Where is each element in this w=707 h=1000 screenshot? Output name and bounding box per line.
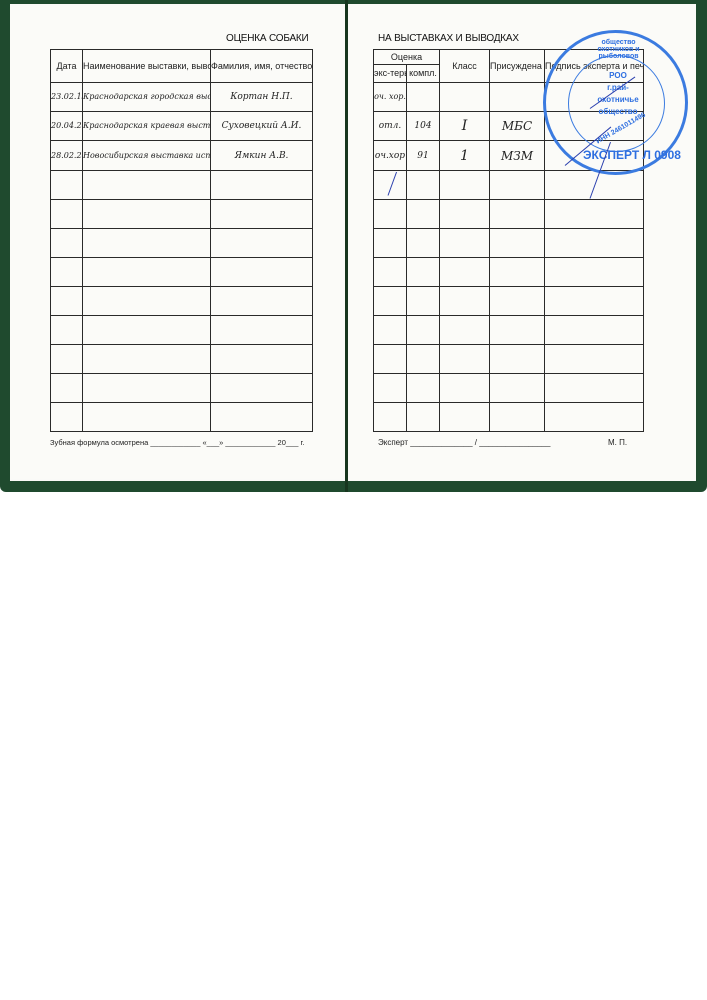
cell-expert[interactable] [211, 345, 313, 374]
table-row [374, 200, 644, 229]
cell-exterior[interactable] [374, 316, 407, 345]
cell-medal[interactable] [490, 345, 545, 374]
cell-date[interactable] [51, 316, 83, 345]
cell-signature[interactable] [545, 345, 644, 374]
cell-medal[interactable] [490, 374, 545, 403]
cell-date[interactable]: 28.02.2015 [51, 141, 83, 171]
cell-medal[interactable]: МЗМ [490, 141, 545, 171]
table-row [51, 258, 313, 287]
cell-signature[interactable] [545, 374, 644, 403]
cell-complex[interactable] [407, 374, 440, 403]
cell-signature[interactable] [545, 229, 644, 258]
header-row: Дата Наименование выставки, выводки Фами… [51, 50, 313, 83]
column-header-medal: Присуждена медаль [490, 50, 545, 83]
book-spine [345, 0, 348, 492]
table-row [51, 287, 313, 316]
cell-complex[interactable] [407, 229, 440, 258]
table-row [374, 287, 644, 316]
cell-expert[interactable]: Кортан Н.П. [211, 83, 313, 112]
cell-class[interactable] [440, 403, 490, 432]
cell-date[interactable] [51, 345, 83, 374]
cell-date[interactable] [51, 287, 83, 316]
cell-exterior[interactable] [374, 287, 407, 316]
cell-class[interactable] [440, 200, 490, 229]
cell-complex[interactable] [407, 287, 440, 316]
cell-event[interactable] [83, 287, 211, 316]
table-row [51, 374, 313, 403]
cell-class[interactable] [440, 374, 490, 403]
cell-medal[interactable] [490, 403, 545, 432]
cell-date[interactable] [51, 374, 83, 403]
cell-event[interactable]: Краснодарская городская выставка [83, 83, 211, 112]
cell-medal[interactable] [490, 83, 545, 112]
table-row [374, 258, 644, 287]
cell-exterior[interactable]: отл. [374, 112, 407, 141]
table-row [374, 316, 644, 345]
left-page-title: ОЦЕНКА СОБАКИ [226, 33, 309, 44]
cell-medal[interactable] [490, 316, 545, 345]
cell-event[interactable] [83, 403, 211, 432]
column-header-exterior: экс-терьер [374, 65, 407, 83]
cell-event[interactable] [83, 200, 211, 229]
cell-expert[interactable] [211, 316, 313, 345]
cell-event[interactable] [83, 374, 211, 403]
cell-date[interactable] [51, 229, 83, 258]
table-row: 23.02.13 Краснодарская городская выставк… [51, 83, 313, 112]
cell-complex[interactable] [407, 83, 440, 112]
cell-signature[interactable] [545, 258, 644, 287]
cell-exterior[interactable] [374, 374, 407, 403]
expert-stamp-mark: ЭКСПЕРТ Л 0908 [583, 148, 681, 162]
cell-exterior[interactable]: оч. хор. [374, 83, 407, 112]
cell-class[interactable] [440, 287, 490, 316]
cell-event[interactable] [83, 316, 211, 345]
cell-expert[interactable] [211, 200, 313, 229]
column-header-event: Наименование выставки, выводки [83, 50, 211, 83]
column-header-class: Класс [440, 50, 490, 83]
cell-expert[interactable] [211, 403, 313, 432]
table-row [51, 345, 313, 374]
cell-event[interactable] [83, 171, 211, 200]
table-row [51, 316, 313, 345]
column-header-complex: компл. [407, 65, 440, 83]
cell-medal[interactable]: МБС [490, 112, 545, 141]
cell-expert[interactable] [211, 287, 313, 316]
cell-class[interactable] [440, 171, 490, 200]
cell-signature[interactable] [545, 403, 644, 432]
cell-complex[interactable] [407, 316, 440, 345]
table-row [374, 403, 644, 432]
cell-signature[interactable] [545, 316, 644, 345]
cell-complex[interactable]: 91 [407, 141, 440, 171]
cell-class[interactable]: I [440, 112, 490, 141]
cell-expert[interactable]: Суховецкий А.И. [211, 112, 313, 141]
cell-date[interactable]: 20.04.2014 [51, 112, 83, 141]
show-results-table-left: Дата Наименование выставки, выводки Фами… [50, 49, 313, 432]
column-header-date: Дата [51, 50, 83, 83]
cell-class[interactable] [440, 345, 490, 374]
cell-medal[interactable] [490, 171, 545, 200]
cell-expert[interactable]: Ямкин А.В. [211, 141, 313, 171]
cell-exterior[interactable] [374, 200, 407, 229]
seal-ring-text: общество охотников и рыболовов [591, 39, 646, 60]
cell-expert[interactable] [211, 229, 313, 258]
cell-event[interactable] [83, 258, 211, 287]
cell-complex[interactable] [407, 171, 440, 200]
table-row [374, 374, 644, 403]
cell-complex[interactable]: 104 [407, 112, 440, 141]
cell-class[interactable] [440, 229, 490, 258]
table-row [374, 345, 644, 374]
table-row [374, 229, 644, 258]
cell-complex[interactable] [407, 345, 440, 374]
cell-medal[interactable] [490, 229, 545, 258]
cell-complex[interactable] [407, 258, 440, 287]
seal-center-line: РОО [593, 71, 643, 80]
cell-exterior[interactable] [374, 229, 407, 258]
cell-date[interactable] [51, 200, 83, 229]
cell-event[interactable] [83, 229, 211, 258]
cell-medal[interactable] [490, 287, 545, 316]
table-row [374, 171, 644, 200]
cell-exterior[interactable] [374, 345, 407, 374]
cell-event[interactable]: Новосибирская выставка исп. ВОО помор. л… [83, 141, 211, 171]
cell-complex[interactable] [407, 200, 440, 229]
cell-class[interactable] [440, 83, 490, 112]
column-header-grade: Оценка [374, 50, 440, 65]
cell-class[interactable] [440, 258, 490, 287]
cell-medal[interactable] [490, 200, 545, 229]
cell-event[interactable]: Краснодарская краевая выставка [83, 112, 211, 141]
seal-place-label: М. П. [608, 438, 627, 447]
cell-class[interactable] [440, 316, 490, 345]
cell-expert[interactable] [211, 258, 313, 287]
cell-date[interactable] [51, 403, 83, 432]
dental-formula-line: Зубная формула осмотрена ____________ «_… [50, 438, 304, 447]
table-row: 20.04.2014 Краснодарская краевая выставк… [51, 112, 313, 141]
expert-signature-line: Эксперт ______________ / _______________… [378, 438, 550, 447]
cell-event[interactable] [83, 345, 211, 374]
table-row [51, 229, 313, 258]
cell-date[interactable] [51, 171, 83, 200]
cell-expert[interactable] [211, 374, 313, 403]
cell-complex[interactable] [407, 403, 440, 432]
cell-signature[interactable] [545, 287, 644, 316]
cell-signature[interactable] [545, 200, 644, 229]
table-row [51, 171, 313, 200]
right-page-title: НА ВЫСТАВКАХ И ВЫВОДКАХ [378, 33, 519, 44]
table-row: 28.02.2015 Новосибирская выставка исп. В… [51, 141, 313, 171]
cell-expert[interactable] [211, 171, 313, 200]
table-row [51, 403, 313, 432]
cell-exterior[interactable]: оч.хор [374, 141, 407, 171]
cell-exterior[interactable] [374, 258, 407, 287]
cell-date[interactable]: 23.02.13 [51, 83, 83, 112]
cell-exterior[interactable] [374, 403, 407, 432]
cell-class[interactable]: 1 [440, 141, 490, 171]
cell-medal[interactable] [490, 258, 545, 287]
table-row [51, 200, 313, 229]
cell-date[interactable] [51, 258, 83, 287]
column-header-expert: Фамилия, имя, отчество эксперта [211, 50, 313, 83]
